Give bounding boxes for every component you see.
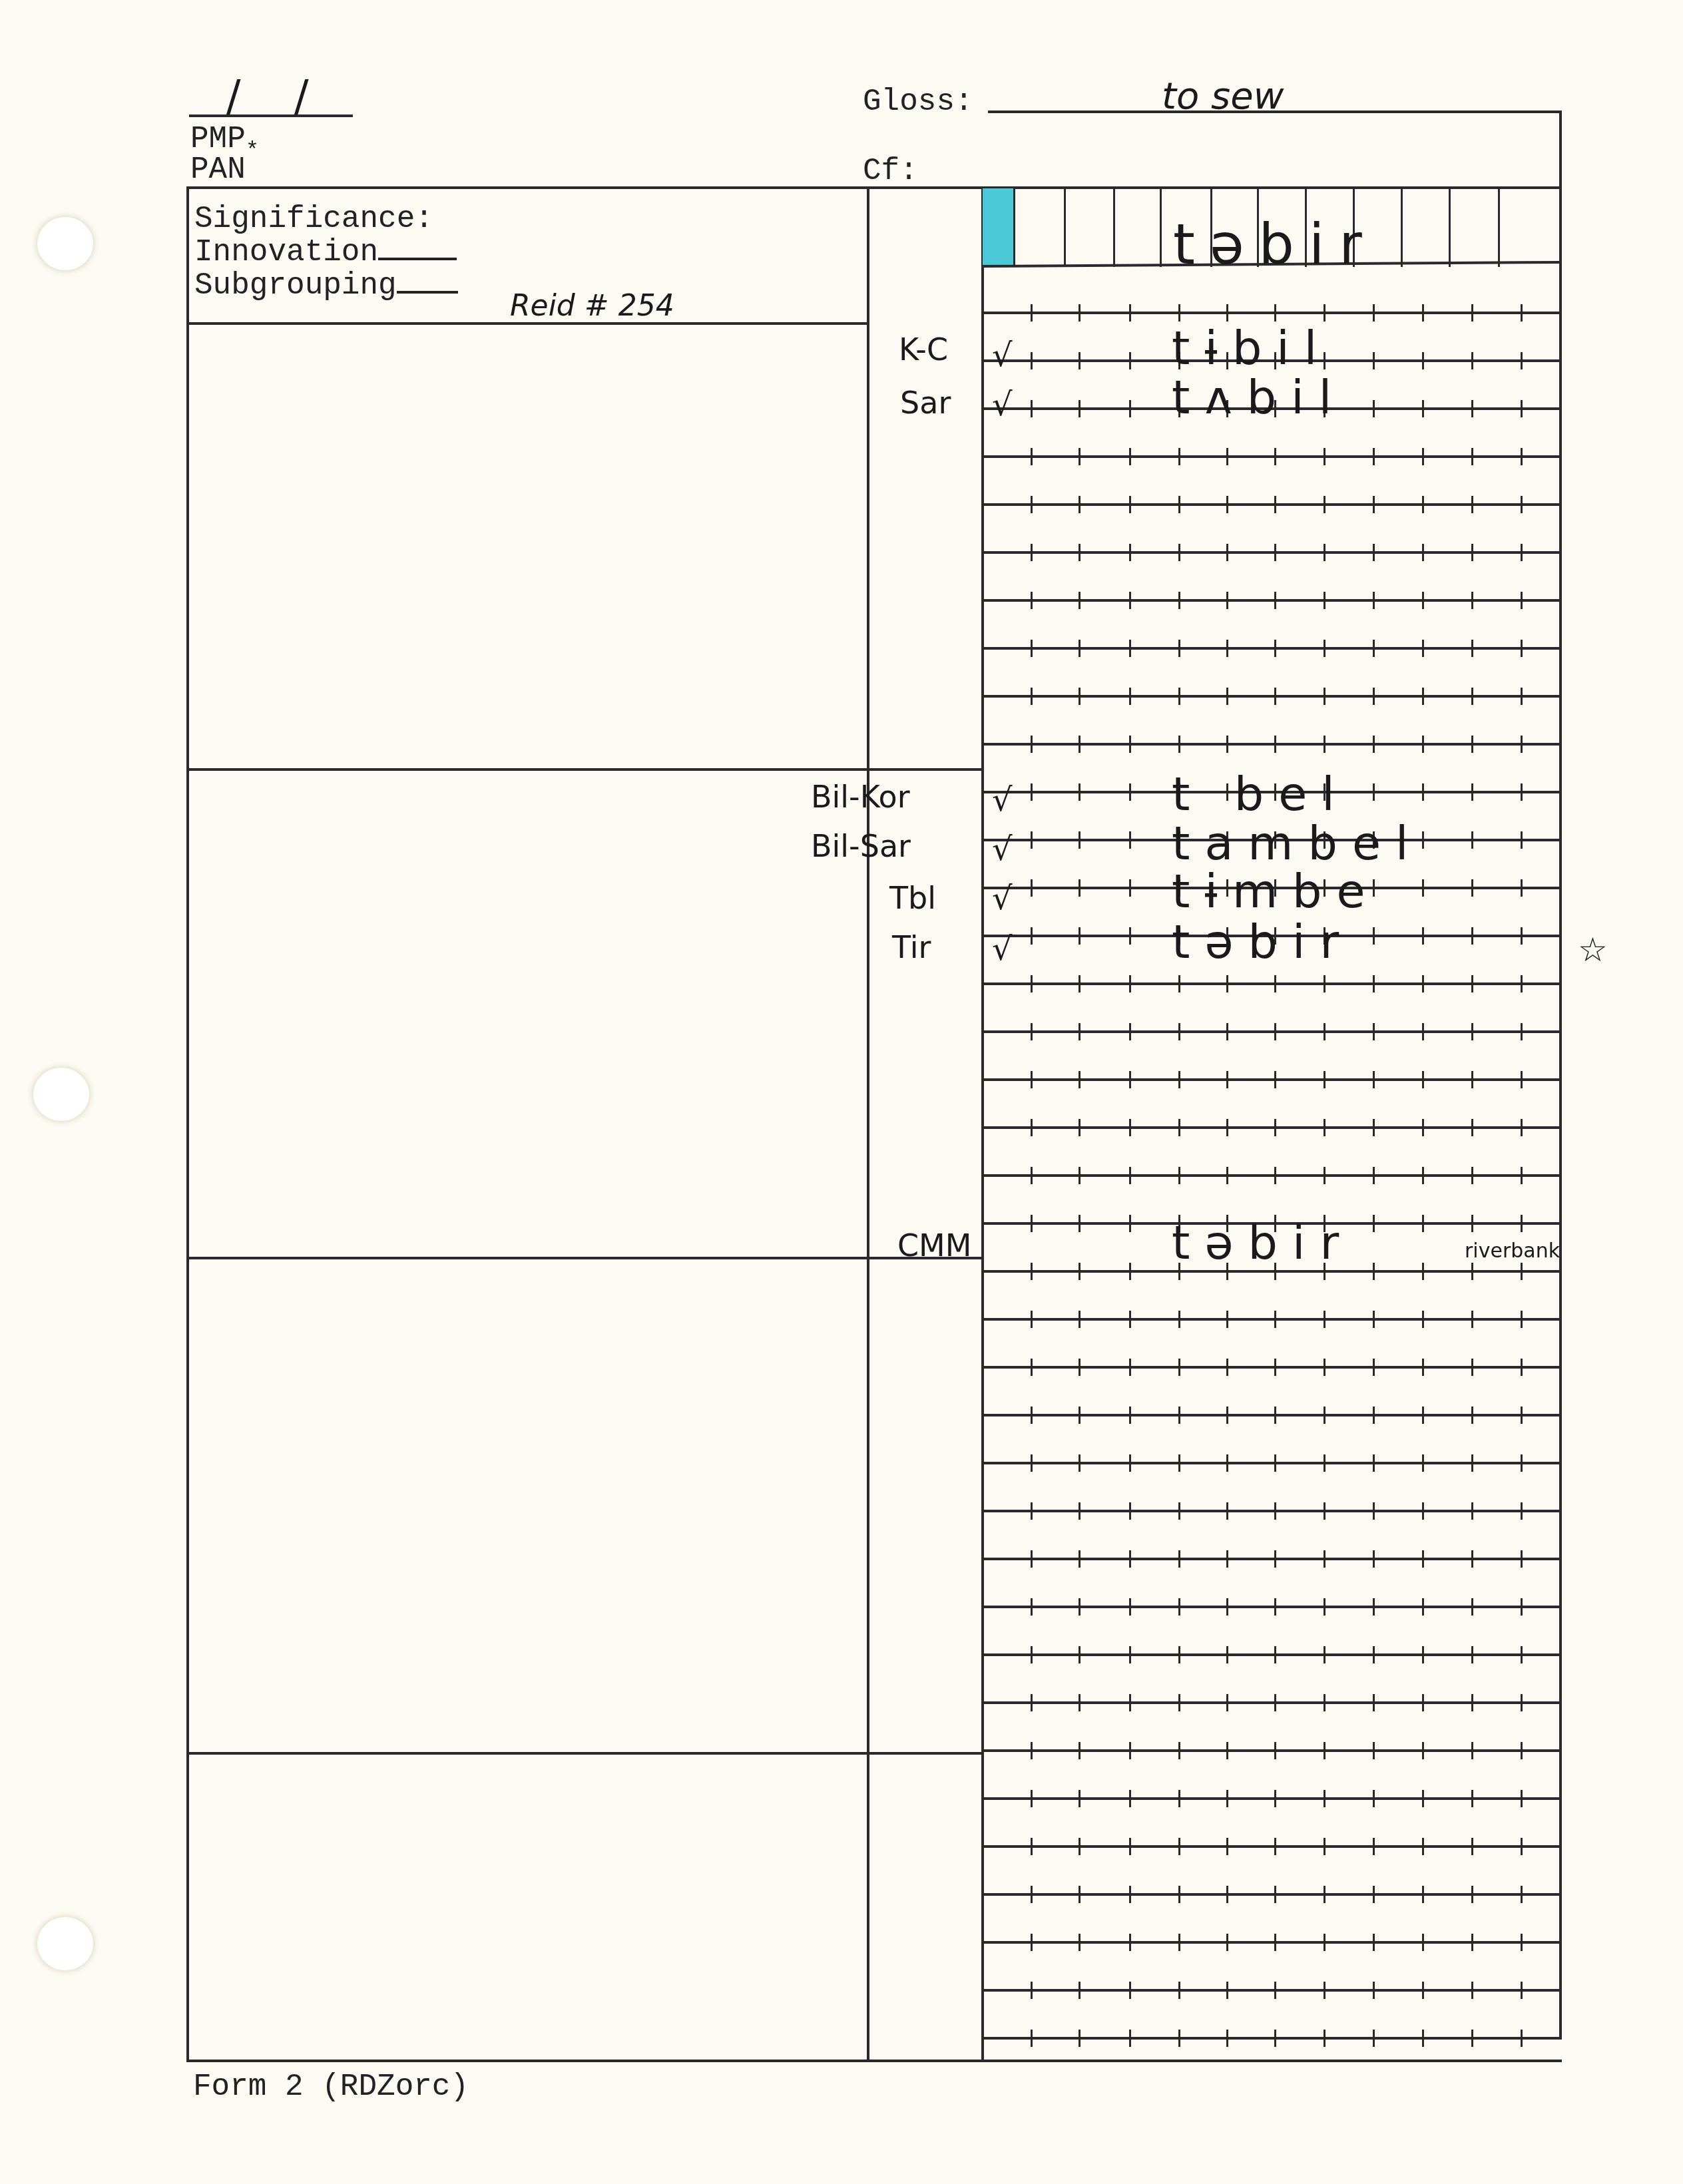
ruled-line-tick <box>1471 2030 1473 2047</box>
ruled-line-tick <box>1521 640 1523 657</box>
ruled-line-tick <box>1274 544 1276 561</box>
ruled-line-tick <box>1422 975 1424 992</box>
ruled-line-tick <box>1422 1550 1424 1568</box>
ruled-line <box>983 983 1562 985</box>
ruled-line <box>983 1749 1562 1752</box>
ruled-line-tick <box>1323 544 1325 561</box>
ruled-line-tick <box>1274 736 1276 753</box>
ruled-line-tick <box>1031 736 1033 753</box>
ruled-line-tick <box>1422 879 1424 897</box>
ruled-line-tick <box>1178 1023 1180 1040</box>
ruled-line-tick <box>1521 1023 1523 1040</box>
ruled-line-tick <box>1226 975 1228 992</box>
cf-label: Cf: <box>863 156 918 186</box>
section-divider-2 <box>186 1257 984 1259</box>
ruled-line <box>983 599 1562 602</box>
ruled-line-tick <box>1079 1454 1081 1472</box>
ruled-line-tick <box>1373 1838 1375 1855</box>
ruled-line-tick <box>1373 975 1375 992</box>
ruled-line-tick <box>1422 496 1424 513</box>
check-mark: √ <box>992 337 1013 374</box>
ruled-line-tick <box>1471 1646 1473 1663</box>
ruled-line-tick <box>1323 304 1325 322</box>
ruled-line-tick <box>1031 1454 1033 1472</box>
language-column-divider <box>867 186 869 2061</box>
ruled-line-tick <box>1422 1790 1424 1807</box>
ruled-line-tick <box>1178 448 1180 465</box>
ruled-line-tick <box>1079 1311 1081 1328</box>
innovation-blank[interactable] <box>378 258 457 260</box>
ruled-line <box>983 1893 1562 1896</box>
ruled-line-tick <box>1422 2030 1424 2047</box>
ruled-line-tick <box>1129 1886 1131 1903</box>
ruled-line-tick <box>1471 1215 1473 1232</box>
ruled-line-tick <box>1031 1886 1033 1903</box>
ruled-line-tick <box>1274 448 1276 465</box>
ruled-line-tick <box>1373 1550 1375 1568</box>
ruled-line-tick <box>1274 2030 1276 2047</box>
ruled-line-tick <box>1226 592 1228 609</box>
ruled-line-tick <box>1129 879 1131 897</box>
ruled-line-tick <box>1031 783 1033 801</box>
ruled-line-tick <box>1031 1982 1033 1999</box>
ruled-line-tick <box>1079 496 1081 513</box>
ruled-line-tick <box>1129 1982 1131 1999</box>
ruled-line-tick <box>1079 352 1081 369</box>
grid-cell-divider <box>1498 187 1500 267</box>
ruled-line-tick <box>1373 736 1375 753</box>
ruled-line-tick <box>1178 1934 1180 1951</box>
ruled-line-tick <box>1129 1838 1131 1855</box>
ruled-line-tick <box>1031 1838 1033 1855</box>
ruled-line-tick <box>1226 1071 1228 1088</box>
ruled-line-tick <box>1079 400 1081 417</box>
ruled-line-tick <box>1031 1934 1033 1951</box>
form-label: Form 2 (RDZorc) <box>193 2072 469 2102</box>
ruled-line <box>983 743 1562 746</box>
ruled-line-tick <box>1226 1167 1228 1184</box>
ruled-line-tick <box>1226 688 1228 705</box>
ruled-line-tick <box>1129 1071 1131 1088</box>
ruled-line-tick <box>1226 1790 1228 1807</box>
ruled-line-tick <box>1129 1694 1131 1711</box>
ruled-line-tick <box>1226 1886 1228 1903</box>
ruled-line-tick <box>1079 1023 1081 1040</box>
ruled-line-tick <box>1031 927 1033 945</box>
entry-form: təbir <box>1172 1215 1353 1270</box>
ruled-line-tick <box>1422 783 1424 801</box>
binder-hole-middle <box>33 1068 89 1121</box>
ruled-line-tick <box>1178 1742 1180 1759</box>
ruled-line-tick <box>1178 1071 1180 1088</box>
ruled-line-tick <box>1031 1550 1033 1568</box>
ruled-line-tick <box>1079 1550 1081 1568</box>
date-underline <box>189 114 353 117</box>
ruled-line-tick <box>1323 1119 1325 1136</box>
ruled-line-tick <box>1323 1023 1325 1040</box>
ruled-line-tick <box>1521 688 1523 705</box>
ruled-line-tick <box>1031 544 1033 561</box>
ruled-line-tick <box>1471 640 1473 657</box>
ruled-line-tick <box>1079 448 1081 465</box>
ruled-line-tick <box>1521 1982 1523 1999</box>
language-label: Sar <box>900 385 951 421</box>
entry-form: tɨbil <box>1172 321 1331 375</box>
subgrouping-label: Subgrouping <box>194 270 458 301</box>
subgrouping-blank[interactable] <box>397 291 458 294</box>
ruled-line-tick <box>1274 1071 1276 1088</box>
ruled-line-tick <box>1521 1407 1523 1424</box>
ruled-line-tick <box>1323 1934 1325 1951</box>
ruled-line-tick <box>1422 1023 1424 1040</box>
ruled-line-tick <box>1471 1886 1473 1903</box>
ruled-line <box>983 1606 1562 1608</box>
ruled-line-tick <box>1422 1934 1424 1951</box>
ruled-line <box>983 1270 1562 1273</box>
ruled-line-tick <box>1178 688 1180 705</box>
ruled-line-tick <box>1079 592 1081 609</box>
ruled-line-tick <box>1471 1598 1473 1616</box>
ruled-line-tick <box>1373 1215 1375 1232</box>
check-mark: √ <box>992 831 1013 868</box>
ruled-line-tick <box>1129 1215 1131 1232</box>
ruled-line-tick <box>1178 1167 1180 1184</box>
ruled-line-tick <box>1274 1694 1276 1711</box>
ruled-line-tick <box>1373 1167 1375 1184</box>
ruled-line-tick <box>1471 1838 1473 1855</box>
ruled-line-tick <box>1129 352 1131 369</box>
ruled-line-tick <box>1422 592 1424 609</box>
ruled-line-tick <box>1373 927 1375 945</box>
ruled-line-tick <box>1079 640 1081 657</box>
table-left-border <box>186 186 189 2061</box>
language-label: Tbl <box>889 880 936 916</box>
ruled-line-tick <box>1323 1550 1325 1568</box>
ruled-line-tick <box>1323 975 1325 992</box>
ruled-line-tick <box>1079 1790 1081 1807</box>
ruled-line-tick <box>1373 783 1375 801</box>
ruled-line-tick <box>1079 688 1081 705</box>
ruled-line-tick <box>1274 592 1276 609</box>
ruled-line-tick <box>1373 1646 1375 1663</box>
binder-hole-top <box>37 217 93 270</box>
ruled-line-tick <box>1079 1407 1081 1424</box>
ruled-line-tick <box>1274 1311 1276 1328</box>
ruled-line-tick <box>1373 2030 1375 2047</box>
ruled-line-tick <box>1471 1454 1473 1472</box>
ruled-line-tick <box>1471 304 1473 322</box>
ruled-line-tick <box>1079 1886 1081 1903</box>
ruled-line-tick <box>1274 1886 1276 1903</box>
ruled-line-tick <box>1373 400 1375 417</box>
ruled-line-tick <box>1323 688 1325 705</box>
ruled-line-tick <box>1129 592 1131 609</box>
ruled-line <box>983 1030 1562 1033</box>
ruled-line-tick <box>1323 1598 1325 1616</box>
ruled-line-tick <box>1422 1263 1424 1280</box>
grid-cell-divider <box>1449 187 1451 267</box>
ruled-line-tick <box>1323 736 1325 753</box>
grid-cell-divider <box>1160 187 1162 267</box>
ruled-line-tick <box>1031 831 1033 849</box>
ruled-line-tick <box>1178 592 1180 609</box>
ruled-line-tick <box>1521 975 1523 992</box>
ruled-line-tick <box>1422 640 1424 657</box>
ruled-line-tick <box>1373 496 1375 513</box>
ruled-line-tick <box>1521 1646 1523 1663</box>
ruled-line-tick <box>1178 304 1180 322</box>
ruled-line-tick <box>1373 1934 1375 1951</box>
ruled-line-tick <box>1373 544 1375 561</box>
grid-cell-divider <box>1401 187 1403 267</box>
ruled-line-tick <box>1178 640 1180 657</box>
ruled-line-tick <box>1178 1359 1180 1376</box>
ruled-line-tick <box>1373 1982 1375 1999</box>
ruled-line-tick <box>1079 1838 1081 1855</box>
highlight-cell <box>983 188 1015 267</box>
ruled-line-tick <box>1471 1934 1473 1951</box>
ruled-line-tick <box>1178 1502 1180 1520</box>
ruled-line-tick <box>1274 688 1276 705</box>
ruled-line-tick <box>1521 1263 1523 1280</box>
ruled-line-tick <box>1422 1359 1424 1376</box>
ruled-line-tick <box>1079 1167 1081 1184</box>
entry-note: riverbank <box>1465 1239 1560 1263</box>
ruled-line-tick <box>1521 1215 1523 1232</box>
ruled-line-tick <box>1323 640 1325 657</box>
ruled-line-tick <box>1226 1742 1228 1759</box>
ruled-line-tick <box>1226 496 1228 513</box>
ruled-line-tick <box>1178 1454 1180 1472</box>
ruled-line-tick <box>1521 927 1523 945</box>
ruled-line-tick <box>1521 1598 1523 1616</box>
ruled-line-tick <box>1471 592 1473 609</box>
pmp-text: PMP <box>190 122 246 156</box>
ruled-line-tick <box>1031 592 1033 609</box>
ruled-line-tick <box>1274 1598 1276 1616</box>
ruled-line-tick <box>1226 544 1228 561</box>
ruled-line-tick <box>1079 736 1081 753</box>
ruled-line-tick <box>1129 1502 1131 1520</box>
ruled-line-tick <box>1079 783 1081 801</box>
ruled-line-tick <box>1323 1838 1325 1855</box>
ruled-line-tick <box>1226 1311 1228 1328</box>
entry-form: tʌbil <box>1172 370 1346 425</box>
ruled-line-tick <box>1323 1742 1325 1759</box>
ruled-line-tick <box>1178 1886 1180 1903</box>
ruled-line <box>983 1797 1562 1800</box>
ruled-line-tick <box>1031 1263 1033 1280</box>
ruled-line <box>983 503 1562 506</box>
ruled-line-tick <box>1226 1694 1228 1711</box>
ruled-line-tick <box>1323 496 1325 513</box>
ruled-line <box>983 1126 1562 1129</box>
ruled-line-tick <box>1129 1167 1131 1184</box>
ruled-line-tick <box>1031 400 1033 417</box>
ruled-line-tick <box>1521 1359 1523 1376</box>
ruled-line-tick <box>1323 1790 1325 1807</box>
ruled-line-tick <box>1274 1838 1276 1855</box>
ruled-line-tick <box>1178 1119 1180 1136</box>
ruled-line-tick <box>1422 1167 1424 1184</box>
ruled-line <box>983 695 1562 698</box>
ruled-line-tick <box>1373 1694 1375 1711</box>
language-label: K-C <box>899 331 948 367</box>
ruled-line-tick <box>1031 688 1033 705</box>
ruled-line-tick <box>1031 448 1033 465</box>
ruled-line-tick <box>1226 1646 1228 1663</box>
ruled-line-tick <box>1031 1023 1033 1040</box>
ruled-line-tick <box>1226 1598 1228 1616</box>
language-label: Bil-Sar <box>811 828 911 864</box>
ruled-line <box>983 2037 1562 2040</box>
ruled-line-tick <box>1422 1454 1424 1472</box>
ruled-line-tick <box>1422 400 1424 417</box>
ruled-line-tick <box>1471 1550 1473 1568</box>
ruled-line-tick <box>1129 1550 1131 1568</box>
ruled-line <box>983 1366 1562 1369</box>
grid-cell-divider <box>1064 187 1066 267</box>
ruled-line-tick <box>1323 1502 1325 1520</box>
ruled-line-tick <box>1178 736 1180 753</box>
ruled-line-tick <box>1274 1502 1276 1520</box>
ruled-line <box>983 1845 1562 1848</box>
ruled-line-tick <box>1079 1215 1081 1232</box>
ruled-line-tick <box>1471 1502 1473 1520</box>
ruled-line-tick <box>1129 400 1131 417</box>
ruled-line-tick <box>1521 879 1523 897</box>
ruled-line <box>983 1989 1562 1992</box>
ruled-line-tick <box>1422 1886 1424 1903</box>
ruled-line-tick <box>1274 1550 1276 1568</box>
ruled-line-tick <box>1079 1982 1081 1999</box>
ruled-line-tick <box>1226 1023 1228 1040</box>
ruled-line-tick <box>1178 975 1180 992</box>
ruled-line-tick <box>1274 1023 1276 1040</box>
ruled-line-tick <box>1373 1359 1375 1376</box>
ruled-line-tick <box>1226 304 1228 322</box>
ruled-line-tick <box>1129 1311 1131 1328</box>
ruled-line-tick <box>1422 304 1424 322</box>
ruled-line-tick <box>1422 1407 1424 1424</box>
ruled-line-tick <box>1031 1071 1033 1088</box>
reid-reference: Reid # 254 <box>510 289 674 323</box>
ruled-line-tick <box>1129 1934 1131 1951</box>
section-divider-3 <box>186 1752 984 1755</box>
table-top-border <box>186 186 1562 189</box>
ruled-line-tick <box>1471 1263 1473 1280</box>
ruled-line-tick <box>1031 1790 1033 1807</box>
ruled-line-tick <box>1323 592 1325 609</box>
ruled-line-tick <box>1178 1598 1180 1616</box>
pan-label: PAN <box>190 154 246 185</box>
ruled-line-tick <box>1031 1694 1033 1711</box>
ruled-line-tick <box>1471 1407 1473 1424</box>
ruled-line-tick <box>1422 736 1424 753</box>
ruled-line-tick <box>1129 927 1131 945</box>
ruled-line <box>983 1414 1562 1417</box>
ruled-line-tick <box>1323 1646 1325 1663</box>
ruled-line-tick <box>1373 1454 1375 1472</box>
ruled-line-tick <box>1129 1023 1131 1040</box>
ruled-line-tick <box>1129 2030 1131 2047</box>
ruled-line-tick <box>1274 1982 1276 1999</box>
ruled-line <box>983 1941 1562 1944</box>
significance-title: Significance: <box>194 204 433 234</box>
ruled-line-tick <box>1129 1790 1131 1807</box>
ruled-line-tick <box>1226 1550 1228 1568</box>
ruled-line-tick <box>1226 1119 1228 1136</box>
ruled-line-tick <box>1422 688 1424 705</box>
ruled-line-tick <box>1226 1407 1228 1424</box>
ruled-line-tick <box>1226 1502 1228 1520</box>
ruled-line-tick <box>1178 1982 1180 1999</box>
ruled-line-tick <box>1226 1982 1228 1999</box>
ruled-line-tick <box>1373 1407 1375 1424</box>
ruled-line-tick <box>1422 1502 1424 1520</box>
ruled-line-tick <box>1521 2030 1523 2047</box>
ruled-line <box>983 1653 1562 1656</box>
entry-form: t bel <box>1172 767 1349 821</box>
ruled-line-tick <box>1521 831 1523 849</box>
ruled-line-tick <box>1031 1646 1033 1663</box>
gloss-label: Gloss: <box>863 87 973 117</box>
entry-form: tɨmbe <box>1172 864 1380 919</box>
ruled-line-tick <box>1274 1359 1276 1376</box>
ruled-line-tick <box>1471 736 1473 753</box>
gloss-line <box>988 110 1562 113</box>
grid-cell-divider <box>1013 187 1015 267</box>
ruled-line <box>983 1078 1562 1081</box>
ruled-line-tick <box>1079 304 1081 322</box>
binder-hole-bottom <box>37 1917 93 1970</box>
ruled-line-tick <box>1471 400 1473 417</box>
ruled-line-tick <box>1031 975 1033 992</box>
date-field: / / <box>226 72 328 121</box>
ruled-line-tick <box>1471 879 1473 897</box>
ruled-line-tick <box>1079 1742 1081 1759</box>
ruled-line-tick <box>1471 1694 1473 1711</box>
language-label: Bil-Kor <box>811 779 910 815</box>
ruled-line-tick <box>1274 1742 1276 1759</box>
ruled-line-tick <box>1521 1502 1523 1520</box>
ruled-line-tick <box>1521 1167 1523 1184</box>
ruled-line-tick <box>1129 1742 1131 1759</box>
ruled-line-tick <box>1521 736 1523 753</box>
ruled-line-tick <box>1274 304 1276 322</box>
ruled-line <box>983 1701 1562 1704</box>
ruled-line <box>983 551 1562 554</box>
ruled-line-tick <box>1274 1407 1276 1424</box>
ruled-line-tick <box>1129 1263 1131 1280</box>
ruled-line-tick <box>1031 1742 1033 1759</box>
ruled-line-tick <box>1129 831 1131 849</box>
ruled-line-tick <box>1323 1071 1325 1088</box>
ruled-line-tick <box>1471 352 1473 369</box>
ruled-line-tick <box>1471 1071 1473 1088</box>
ruled-line-tick <box>1079 1598 1081 1616</box>
ruled-line-tick <box>1422 1311 1424 1328</box>
language-label: Tir <box>892 929 931 965</box>
ruled-line-tick <box>1323 1982 1325 1999</box>
innovation-label: Innovation <box>194 237 457 268</box>
ruled-line <box>983 312 1562 314</box>
ruled-line <box>983 647 1562 650</box>
ruled-line-tick <box>1323 1407 1325 1424</box>
ruled-line-tick <box>1422 1071 1424 1088</box>
ruled-line-tick <box>1031 496 1033 513</box>
ruled-line-tick <box>1079 1359 1081 1376</box>
